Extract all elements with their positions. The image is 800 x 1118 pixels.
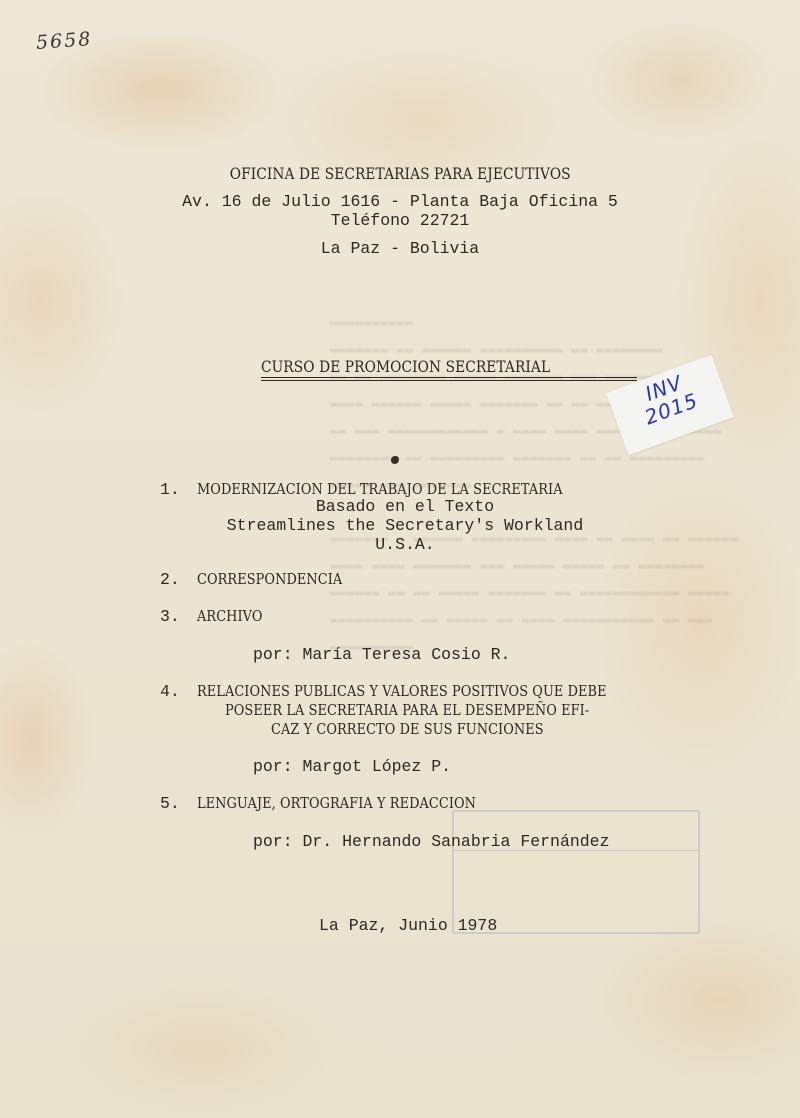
title-underline: [261, 377, 637, 378]
item-author: por: Margot López P.: [253, 757, 451, 776]
item-subline: Streamlines the Secretary's Workland: [5, 516, 800, 535]
item-title: LENGUAJE, ORTOGRAFIA Y REDACCION: [197, 793, 521, 812]
item-title: ARCHIVO: [197, 606, 273, 625]
item-subline: Basado en el Texto: [5, 497, 800, 516]
item-title: CORRESPONDENCIA: [197, 569, 366, 588]
organization-city: La Paz - Bolivia: [0, 239, 800, 258]
item-title-line: CAZ Y CORRECTO DE SUS FUNCIONES: [271, 719, 588, 738]
item-title-line: RELACIONES PUBLICAS Y VALORES POSITIVOS …: [197, 681, 673, 700]
item-number: 5.: [160, 794, 180, 813]
item-number: 2.: [160, 570, 180, 589]
organization-address: Av. 16 de Julio 1616 - Planta Baja Ofici…: [0, 192, 800, 211]
item-author: por: Dr. Hernando Sanabria Fernández: [253, 832, 609, 851]
item-title: MODERNIZACION DEL TRABAJO DE LA SECRETAR…: [197, 479, 622, 498]
item-subline: U.S.A.: [5, 535, 800, 554]
item-number: 4.: [160, 682, 180, 701]
organization-name: OFICINA DE SECRETARIAS PARA EJECUTIVOS: [0, 164, 800, 183]
organization-phone: Teléfono 22721: [0, 211, 800, 230]
course-title: CURSO DE PROMOCION SECRETARIAL: [261, 357, 597, 376]
item-author: por: María Teresa Cosio R.: [253, 645, 510, 664]
item-title-line: POSEER LA SECRETARIA PARA EL DESEMPEÑO E…: [225, 700, 649, 719]
footer-date: La Paz, Junio 1978: [319, 916, 497, 935]
item-number: 3.: [160, 607, 180, 626]
handwritten-reference-number: 5658: [35, 28, 93, 54]
title-underline-double: [261, 380, 637, 381]
